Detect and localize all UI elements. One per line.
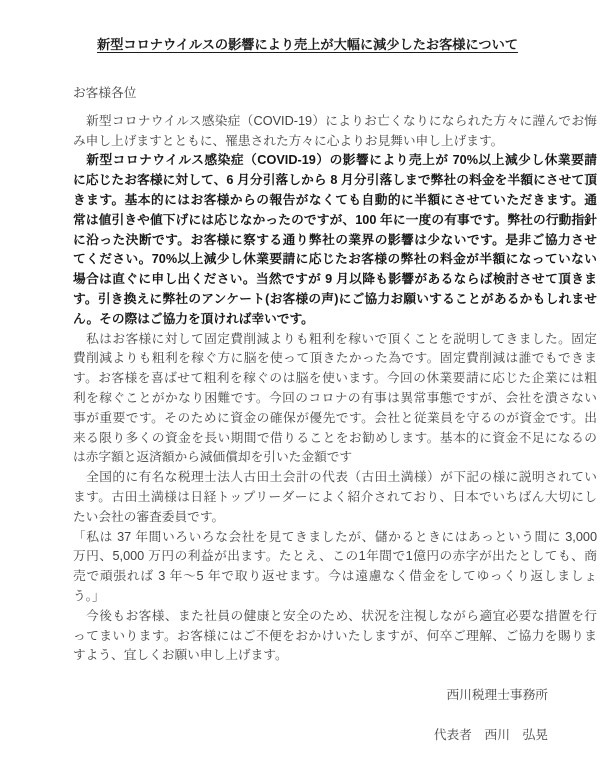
text-line: 費削減よりも粗利を稼ぐ方に脳を使って頂きたかった為です。固定費削減は誰でもできま bbox=[73, 349, 597, 369]
text-line: 新型コロナウイルス感染症（COVID-19）の影響により売上が 70%以上減少し… bbox=[73, 151, 597, 171]
text-line: たい会社の審査委員です。 bbox=[73, 508, 597, 528]
text-line: 事が重要です。そのために資金の確保が優先です。会社と従業員を守るのが資金です。出 bbox=[73, 409, 597, 429]
text-line: ってまいります。お客様にはご不便をおかけいたしますが、何卒ご理解、ご協力を賜りま bbox=[73, 627, 597, 647]
paragraph: 今後もお客様、また社員の健康と安全のため、状況を注視しながら適宜必要な措置を行っ… bbox=[73, 607, 597, 666]
paragraph: 私はお客様に対して固定費削減よりも粗利を稼いで頂くことを説明してきました。固定費… bbox=[73, 330, 597, 469]
text-line: に応じたお客様に対して、6 月分引落しから 8 月分引落しまで弊社の料金を半額に… bbox=[73, 171, 597, 191]
text-line: す。引き換えに弊社のアンケート(お客様の声)にご協力お願いすることがあるかもしれ… bbox=[73, 290, 597, 310]
text-line: み申し上げますとともに、罹患された方々に心よりお見舞い申し上げます。 bbox=[73, 132, 597, 152]
salutation: お客様各位 bbox=[73, 84, 597, 104]
text-line: てください。70%以上減少し休業要請に応じたお客様の弊社の料金が半額になっていな… bbox=[73, 250, 597, 270]
paragraph: 新型コロナウイルス感染症（COVID-19）の影響により売上が 70%以上減少し… bbox=[73, 151, 597, 329]
paragraph: 「私は 37 年間いろいろな会社を見てきましたが、儲かるときにはあっという間に … bbox=[73, 528, 597, 607]
paragraph: 全国的に有名な税理士法人古田土会計の代表（古田土満様）が下記の様に説明されていま… bbox=[73, 468, 597, 527]
text-line: 利を稼ぐことがかなり困難です。今回のコロナの有事は異常事態ですが、会社を潰さない bbox=[73, 389, 597, 409]
text-line: 万円、5,000 万円の利益が出ます。たとえ、この1年間で1億円の赤字が出たとし… bbox=[73, 547, 597, 567]
text-line: に沿った決断です。お客様に察する通り弊社の業界の影響は少ないです。是非ご協力させ bbox=[73, 231, 597, 251]
text-line: 私はお客様に対して固定費削減よりも粗利を稼いで頂くことを説明してきました。固定 bbox=[73, 330, 597, 350]
text-line: きます。基本的にはお客様からの報告がなくても自動的に半額にさせていただきます。通 bbox=[73, 191, 597, 211]
letter-page: 新型コロナウイルスの影響により売上が大幅に減少したお客様について お客様各位 新… bbox=[0, 0, 615, 769]
text-line: 常は値引きや値下げには応じなかったのですが、100 年に一度の有事です。弊社の行… bbox=[73, 211, 597, 231]
text-line: 全国的に有名な税理士法人古田土会計の代表（古田土満様）が下記の様に説明されてい bbox=[73, 468, 597, 488]
text-line: 新型コロナウイルス感染症（COVID-19）によりお亡くなりになられた方々に謹ん… bbox=[73, 112, 597, 132]
paragraph: 新型コロナウイルス感染症（COVID-19）によりお亡くなりになられた方々に謹ん… bbox=[73, 112, 597, 152]
text-line: ん。その際はご協力を頂ければ幸いです。 bbox=[73, 310, 597, 330]
text-line: 売で頑張れば 3 年～5 年で取り返せます。今は遠慮なく借金をしてゆっくり返しま… bbox=[73, 567, 597, 587]
signature-representative: 代表者 西川 弘晃 bbox=[73, 726, 548, 746]
text-line: 今後もお客様、また社員の健康と安全のため、状況を注視しながら適宜必要な措置を行 bbox=[73, 607, 597, 627]
paragraphs: 新型コロナウイルス感染症（COVID-19）によりお亡くなりになられた方々に謹ん… bbox=[73, 112, 597, 666]
text-line: う。」 bbox=[73, 587, 597, 607]
text-line: は赤字額と返済額から減価償却を引いた金額です bbox=[73, 448, 597, 468]
signature-block: 西川税理士事務所 代表者 西川 弘晃 bbox=[73, 686, 597, 745]
text-line: 来る限り多くの資金を長い期間で借りることをお勧めします。基本的に資金不足になるの bbox=[73, 429, 597, 449]
text-line: 「私は 37 年間いろいろな会社を見てきましたが、儲かるときにはあっという間に … bbox=[73, 528, 597, 548]
signature-company: 西川税理士事務所 bbox=[73, 686, 548, 706]
letter-body: お客様各位 新型コロナウイルス感染症（COVID-19）によりお亡くなりになられ… bbox=[73, 84, 597, 746]
text-line: す。お客様を喜ばせて粗利を稼ぐのは脳を使います。今回の休業要請に応じた企業には粗 bbox=[73, 369, 597, 389]
text-line: ます。古田土満様は日経トップリーダーによく紹介されており、日本でいちばん大切にし bbox=[73, 488, 597, 508]
document-title: 新型コロナウイルスの影響により売上が大幅に減少したお客様について bbox=[0, 36, 615, 53]
text-line: 場合は直ぐに申し出ください。当然ですが 9 月以降も影響があるならば検討させて頂… bbox=[73, 270, 597, 290]
text-line: すよう、宜しくお願い申し上げます。 bbox=[73, 646, 597, 666]
